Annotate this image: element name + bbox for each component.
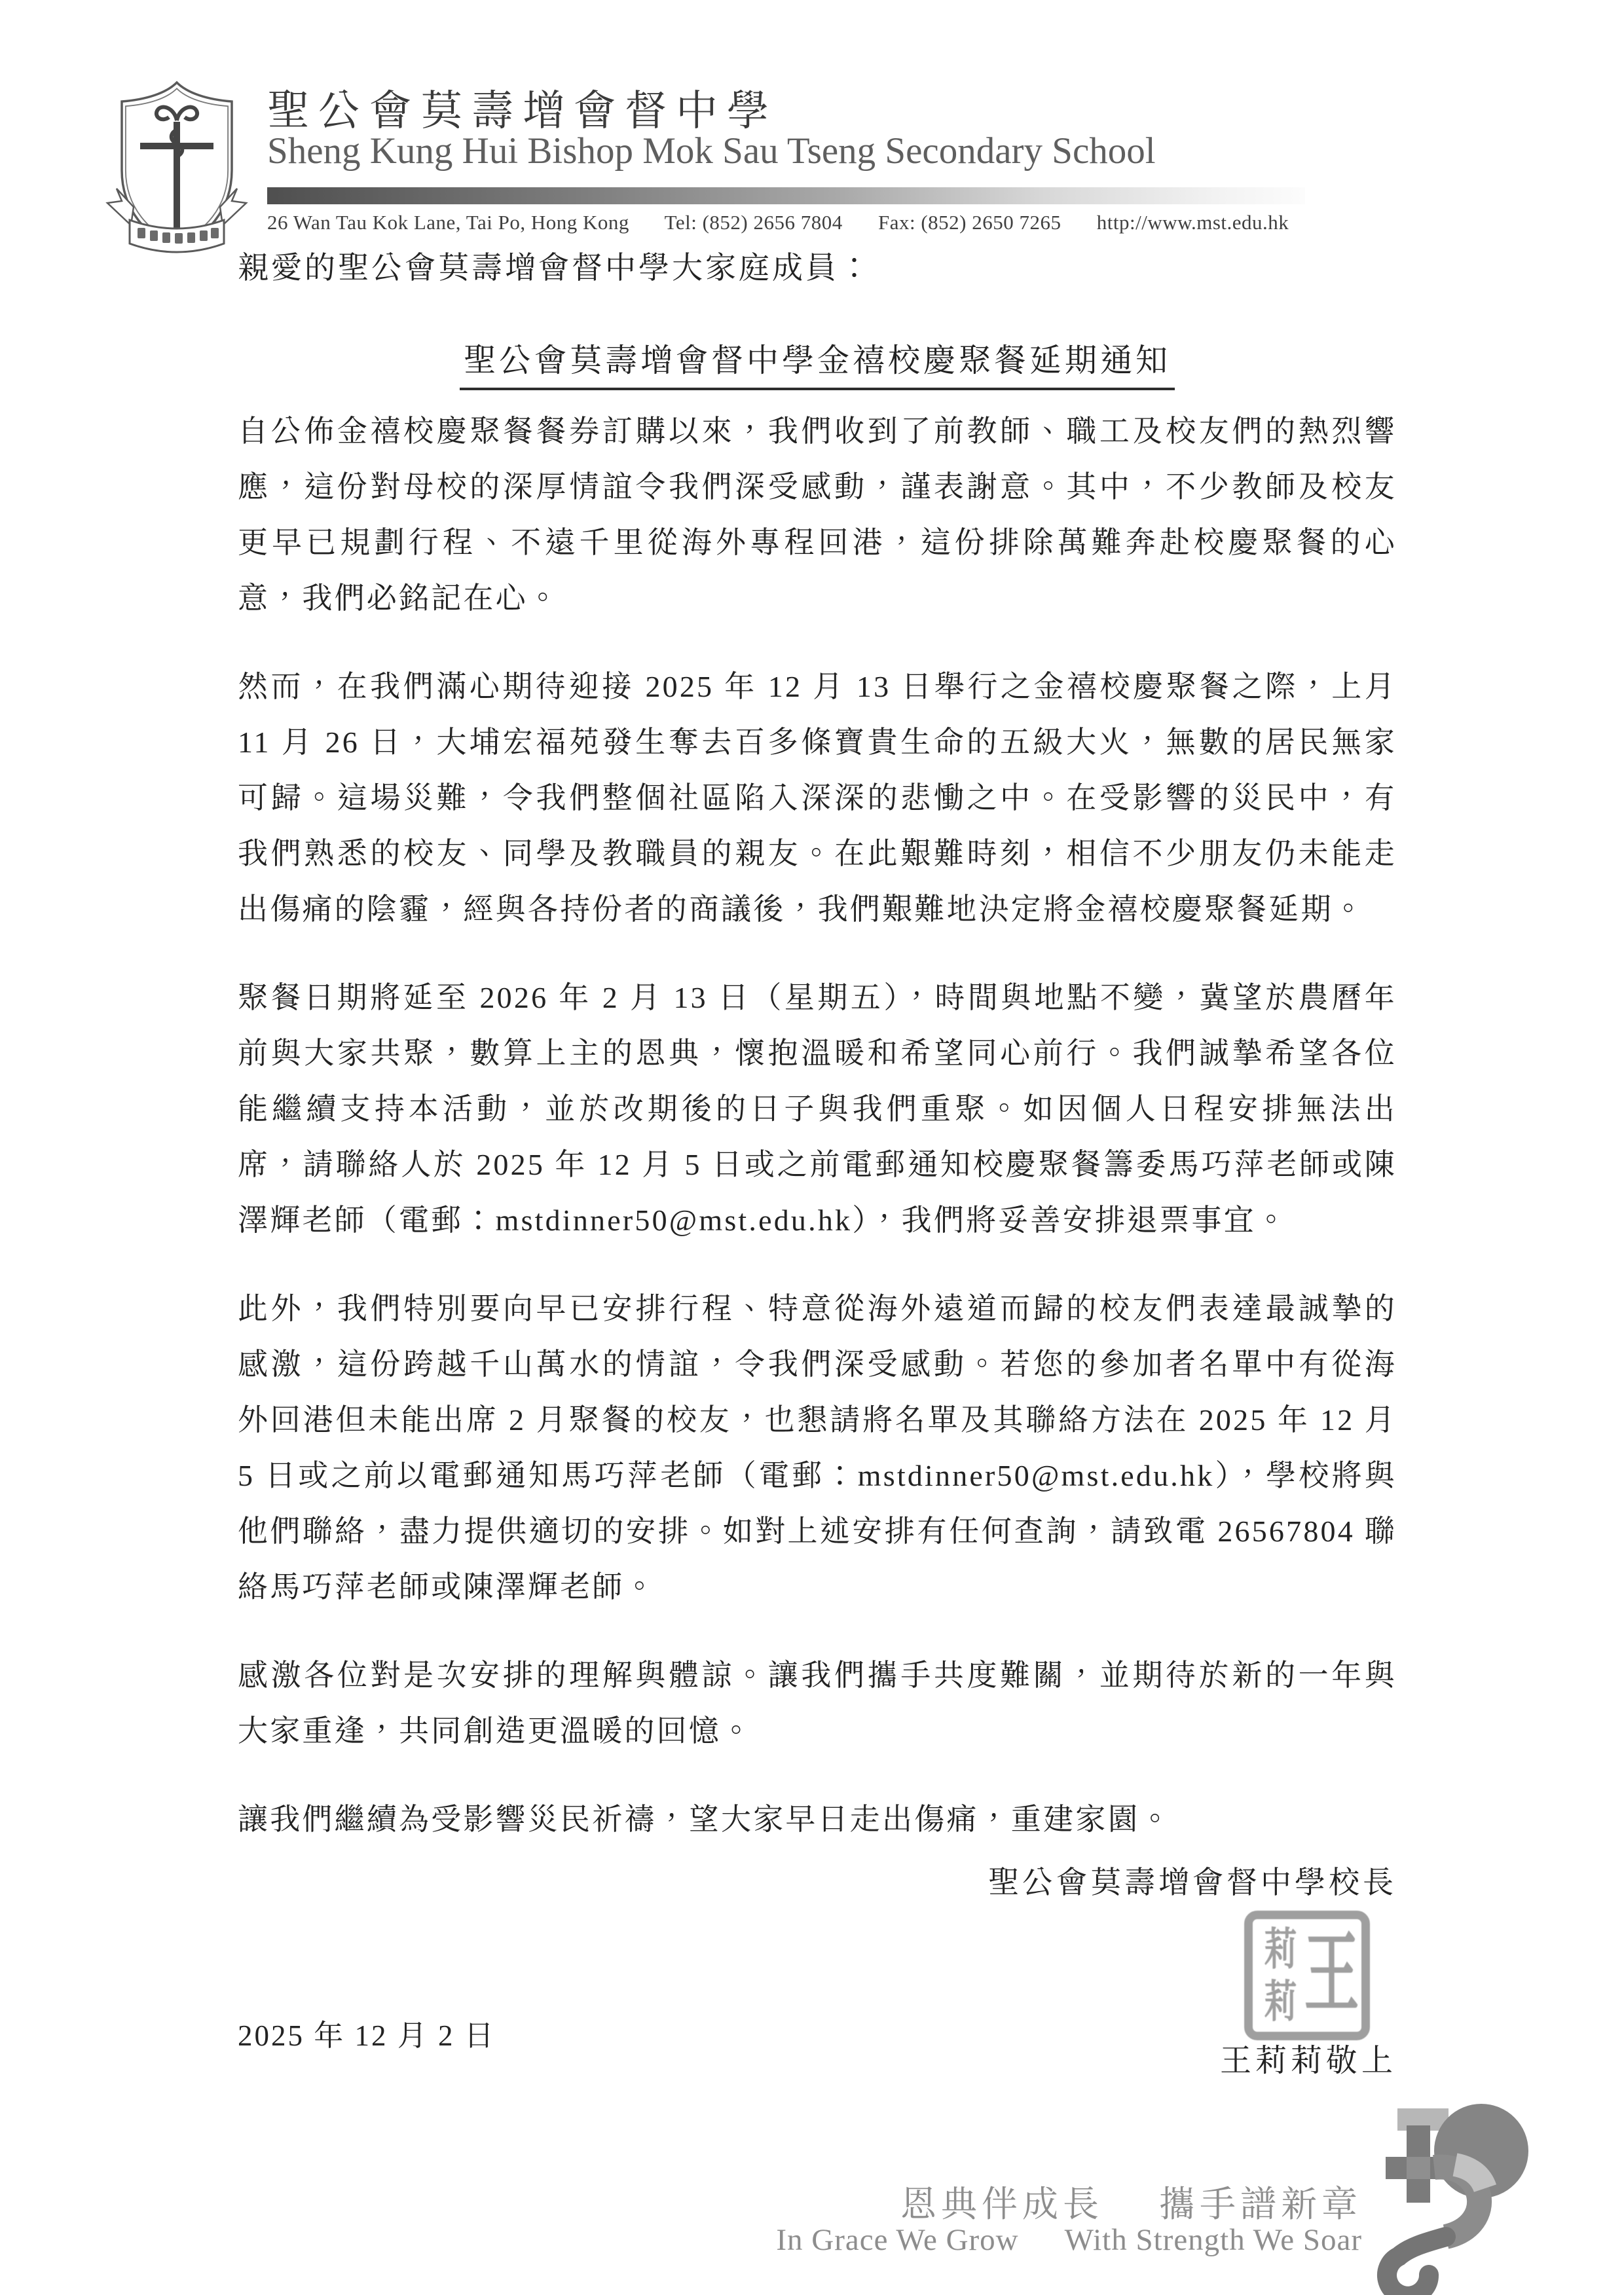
salutation: 親愛的聖公會莫壽增會督中學大家庭成員： (238, 244, 872, 287)
letter-body: 自公佈金禧校慶聚餐餐券訂購以來，我們收到了前教師、職工及校友們的熱烈響應，這份對… (238, 403, 1397, 1847)
paragraph-6: 讓我們繼續為受影響災民祈禱，望大家早日走出傷痛，重建家園。 (238, 1791, 1397, 1847)
letter-date: 2025 年 12 月 2 日 (238, 2011, 496, 2054)
school-tel: Tel: (852) 2656 7804 (665, 211, 843, 234)
paragraph-5: 感激各位對是次安排的理解與體諒。讓我們攜手共度難關，並期待於新的一年與大家重逢，… (238, 1647, 1397, 1759)
paragraph-3: 聚餐日期將延至 2026 年 2 月 13 日（星期五），時間與地點不變，冀望於… (238, 970, 1397, 1248)
seal-char: 莉 (1258, 1927, 1303, 1972)
seal-char: 莉 (1258, 1979, 1303, 2024)
seal-char: 王 (1304, 1932, 1359, 2019)
closing-role: 聖公會莫壽增會督中學校長 (238, 1858, 1397, 1902)
letter-page: 聖公會莫壽增會督中學 Sheng Kung Hui Bishop Mok Sau… (0, 0, 1624, 2295)
school-fax: Fax: (852) 2650 7265 (878, 211, 1061, 234)
principal-seal-stamp: 莉 莉 王 (1244, 1911, 1370, 2040)
header-divider-gradient-bar (267, 187, 1305, 204)
motto-en-part1: In Grace We Grow (776, 2223, 1018, 2257)
letter-title: 聖公會莫壽增會督中學金禧校慶聚餐延期通知 (238, 335, 1397, 390)
school-motto-chinese: 恩典伴成長攜手譜新章 (900, 2175, 1362, 2227)
paragraph-4: 此外，我們特別要向早已安排行程、特意從海外遠道而歸的校友們表達最誠摯的感激，這份… (238, 1281, 1397, 1615)
school-address: 26 Wan Tau Kok Lane, Tai Po, Hong Kong (267, 211, 629, 234)
letter-title-text: 聖公會莫壽增會督中學金禧校慶聚餐延期通知 (460, 335, 1175, 390)
seal-left-column: 莉 莉 (1258, 1923, 1303, 2028)
header-contact-line: 26 Wan Tau Kok Lane, Tai Po, Hong Kong T… (267, 211, 1289, 234)
school-crest-icon (98, 72, 255, 268)
50th-anniversary-logo-icon (1357, 2089, 1553, 2295)
motto-zh-part1: 恩典伴成長 (900, 2184, 1103, 2224)
motto-zh-part2: 攜手譜新章 (1159, 2184, 1362, 2224)
seal-right-column: 王 (1307, 1923, 1356, 2028)
paragraph-1: 自公佈金禧校慶聚餐餐券訂購以來，我們收到了前教師、職工及校友們的熱烈響應，這份對… (238, 403, 1397, 626)
paragraph-2: 然而，在我們滿心期待迎接 2025 年 12 月 13 日舉行之金禧校慶聚餐之際… (238, 659, 1397, 937)
school-website: http://www.mst.edu.hk (1097, 211, 1289, 234)
motto-en-part2: With Strength We Soar (1065, 2223, 1362, 2257)
school-motto-english: In Grace We GrowWith Strength We Soar (776, 2222, 1362, 2258)
school-name-chinese: 聖公會莫壽增會督中學 (267, 77, 778, 138)
school-name-english: Sheng Kung Hui Bishop Mok Sau Tseng Seco… (267, 130, 1156, 172)
